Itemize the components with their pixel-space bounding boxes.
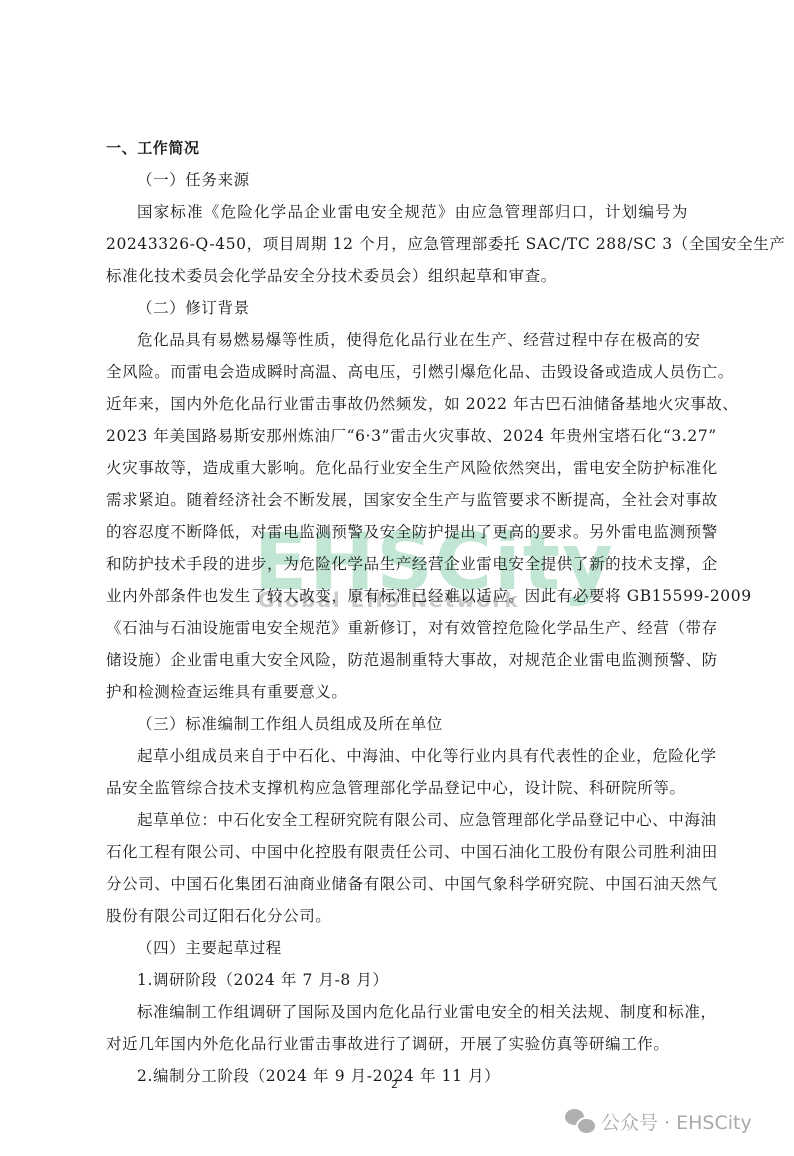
section-heading: 一、工作简况 <box>106 138 688 158</box>
subsection-heading: （二）修订背景 <box>137 298 719 318</box>
wechat-account-label: 公众号 · EHSCity <box>601 1108 752 1135</box>
paragraph-line: 和防护技术手段的进步，为危险化学品生产经营企业雷电安全提供了新的技术支撑，企 <box>106 554 688 574</box>
paragraph-line: 股份有限公司辽阳石化分公司。 <box>106 906 688 926</box>
paragraph-line: 危化品具有易燃易爆等性质，使得危化品行业在生产、经营过程中存在极高的安 <box>137 330 688 350</box>
page-number: 2 <box>391 1078 398 1091</box>
paragraph-line: 国家标准《危险化学品企业雷电安全规范》由应急管理部归口，计划编号为 <box>137 202 688 222</box>
paragraph-line: 标准编制工作组调研了国际及国内危化品行业雷电安全的相关法规、制度和标准， <box>137 1002 688 1022</box>
document-page: EHSCity Global EHS Network 一、工作简况 （一）任务来… <box>0 0 794 1156</box>
paragraph-line: 起草小组成员来自于中石化、中海油、中化等行业内具有代表性的企业，危险化学 <box>137 746 688 766</box>
subsection-heading: （三）标准编制工作组人员组成及所在单位 <box>137 714 719 734</box>
paragraph-line: 全风险。而雷电会造成瞬时高温、高电压，引燃引爆危化品、击毁设备或造成人员伤亡。 <box>106 362 688 382</box>
paragraph-line: 近年来，国内外危化品行业雷击事故仍然频发，如 2022 年古巴石油储备基地火灾事… <box>106 394 688 414</box>
paragraph-line: 20243326-Q-450，项目周期 12 个月，应急管理部委托 SAC/TC… <box>106 234 688 254</box>
wechat-account-badge: 公众号 · EHSCity <box>565 1108 752 1135</box>
stage-heading: 2.编制分工阶段（2024 年 9 月-2024 年 11 月） <box>137 1066 719 1086</box>
subsection-heading: （四）主要起草过程 <box>137 938 719 958</box>
paragraph-line: 储设施）企业雷电重大安全风险，防范遏制重特大事故，对规范企业雷电监测预警、防 <box>106 650 688 670</box>
paragraph-line: 的容忍度不断降低，对雷电监测预警及安全防护提出了更高的要求。另外雷电监测预警 <box>106 522 688 542</box>
wechat-icon <box>565 1109 595 1135</box>
paragraph-line: 对近几年国内外危化品行业雷击事故进行了调研，开展了实验仿真等研编工作。 <box>106 1034 688 1054</box>
paragraph-line: 护和检测检查运维具有重要意义。 <box>106 682 688 702</box>
paragraph-line: 起草单位：中石化安全工程研究院有限公司、应急管理部化学品登记中心、中海油 <box>137 810 688 830</box>
stage-heading: 1.调研阶段（2024 年 7 月-8 月） <box>137 970 719 990</box>
paragraph-line: 业内外部条件也发生了较大改变，原有标准已经难以适应。因此有必要将 GB15599… <box>106 586 688 606</box>
paragraph-line: 分公司、中国石化集团石油商业储备有限公司、中国气象科学研究院、中国石油天然气 <box>106 874 688 894</box>
paragraph-line: 品安全监管综合技术支撑机构应急管理部化学品登记中心，设计院、科研院所等。 <box>106 778 688 798</box>
paragraph-line: 标准化技术委员会化学品安全分技术委员会）组织起草和审查。 <box>106 266 688 286</box>
subsection-heading: （一）任务来源 <box>137 170 719 190</box>
paragraph-line: 石化工程有限公司、中国中化控股有限责任公司、中国石油化工股份有限公司胜利油田 <box>106 842 688 862</box>
paragraph-line: 火灾事故等，造成重大影响。危化品行业安全生产风险依然突出，雷电安全防护标准化 <box>106 458 688 478</box>
paragraph-line: 2023 年美国路易斯安那州炼油厂“6·3”雷击火灾事故、2024 年贵州宝塔石… <box>106 426 688 446</box>
paragraph-line: 需求紧迫。随着经济社会不断发展，国家安全生产与监管要求不断提高，全社会对事故 <box>106 490 688 510</box>
paragraph-line: 《石油与石油设施雷电安全规范》重新修订，对有效管控危险化学品生产、经营（带存 <box>106 618 688 638</box>
